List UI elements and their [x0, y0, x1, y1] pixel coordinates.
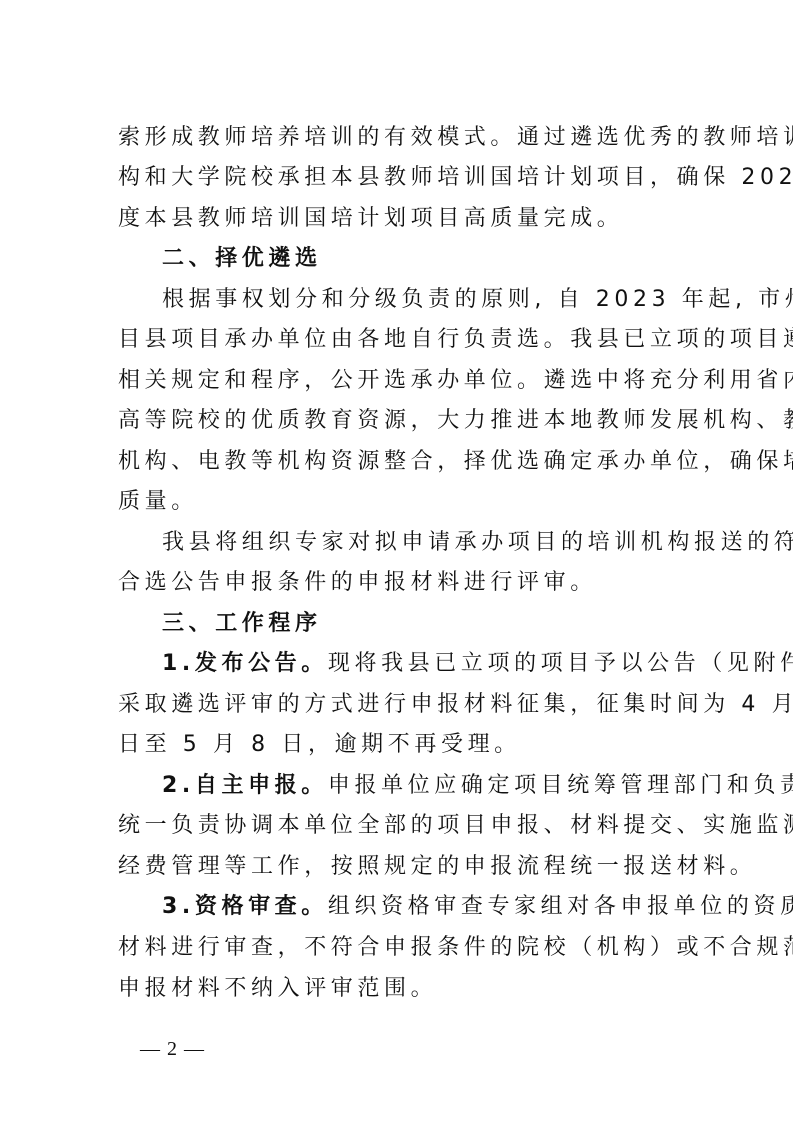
body-text-line: 构和大学院校承担本县教师培训国培计划项目，确保 2025 年: [118, 164, 698, 192]
procedure-item-1: 1.发布公告。现将我县已立项的项目予以公告（见附件 1),: [162, 650, 698, 678]
procedure-item-3: 3.资格审查。组织资格审查专家组对各申报单位的资质和: [162, 893, 698, 921]
procedure-item-2: 2.自主申报。申报单位应确定项目统筹管理部门和负责人,: [162, 772, 698, 800]
body-text-line: 我县将组织专家对拟申请承办项目的培训机构报送的符: [162, 529, 698, 557]
procedure-item-title: 3.资格审查。: [162, 894, 328, 919]
body-text-line: 合选公告申报条件的申报材料进行评审。: [118, 569, 698, 597]
body-text-line: 根据事权划分和分级负责的原则, 自 2023 年起, 市州及项: [162, 286, 698, 314]
body-text-line: 日至 5 月 8 日，逾期不再受理。: [118, 731, 698, 759]
body-text-line: 材料进行审查，不符合申报条件的院校（机构）或不合规范的: [118, 934, 698, 962]
body-text-line: 经费管理等工作，按照规定的申报流程统一报送材料。: [118, 853, 698, 881]
body-text-line: 高等院校的优质教育资源，大力推进本地教师发展机构、教研: [118, 407, 698, 435]
body-text-line: 采取遴选评审的方式进行申报材料征集，征集时间为 4 月 29: [118, 691, 698, 719]
body-text-line: 申报材料不纳入评审范围。: [118, 975, 698, 1003]
body-text-line: 统一负责协调本单位全部的项目申报、材料提交、实施监测、: [118, 812, 698, 840]
page-number: — 2 —: [140, 1038, 205, 1061]
body-text-line: 度本县教师培训国培计划项目高质量完成。: [118, 205, 698, 233]
procedure-item-text: 申报单位应确定项目统筹管理部门和负责人,: [328, 773, 793, 798]
document-page: 索形成教师培养培训的有效模式。通过遴选优秀的教师培训机 构和大学院校承担本县教师…: [0, 0, 793, 1121]
procedure-item-text: 现将我县已立项的项目予以公告（见附件 1),: [328, 651, 793, 676]
body-text-line: 质量。: [118, 488, 698, 516]
section-heading-3: 三、工作程序: [162, 610, 698, 638]
procedure-item-title: 1.发布公告。: [162, 651, 328, 676]
body-text-line: 机构、电教等机构资源整合，择优选确定承办单位，确保培训: [118, 448, 698, 476]
body-text-line: 目县项目承办单位由各地自行负责选。我县已立项的项目遵照: [118, 326, 698, 354]
section-heading-2: 二、择优遴选: [162, 245, 698, 273]
procedure-item-text: 组织资格审查专家组对各申报单位的资质和: [328, 894, 793, 919]
procedure-item-title: 2.自主申报。: [162, 773, 328, 798]
body-text-line: 相关规定和程序，公开选承办单位。遴选中将充分利用省内外: [118, 367, 698, 395]
body-text-line: 索形成教师培养培训的有效模式。通过遴选优秀的教师培训机: [118, 124, 698, 152]
